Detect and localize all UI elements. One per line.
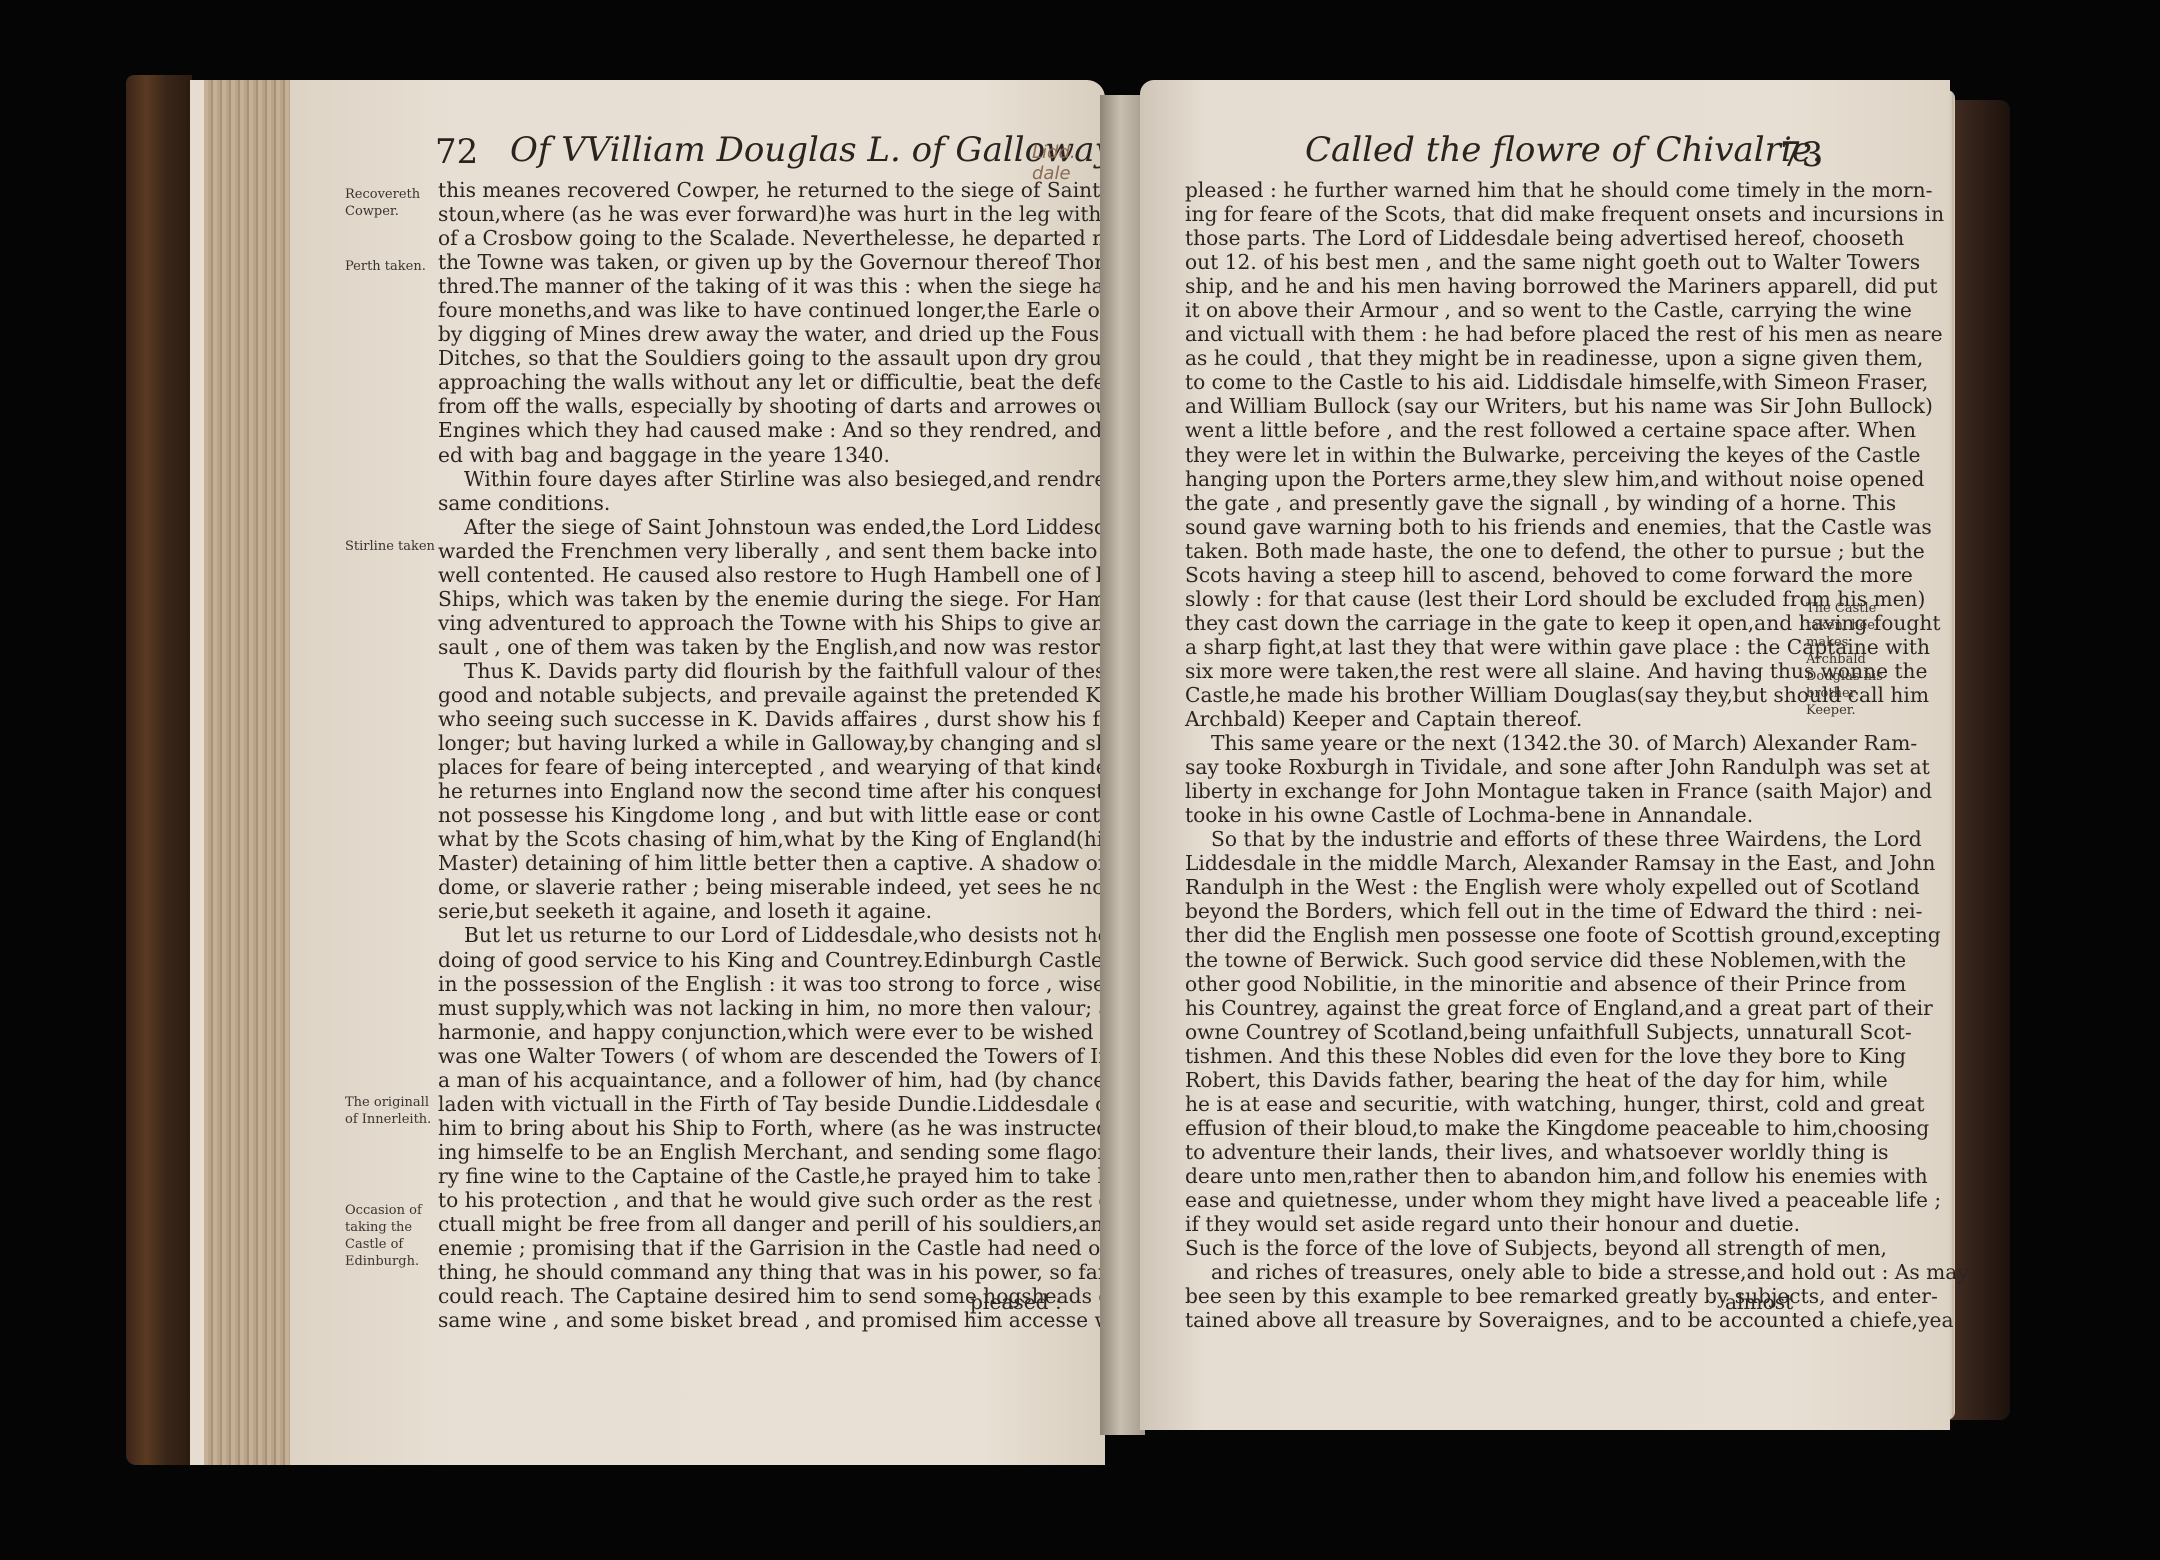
text-line: his Countrey, against the great force of… <box>1185 996 1800 1020</box>
text-line: ing for feare of the Scots, that did mak… <box>1185 202 1800 226</box>
text-line: beyond the Borders, which fell out in th… <box>1185 899 1800 923</box>
text-line: sound gave warning both to his friends a… <box>1185 515 1800 539</box>
left-catchword: pleased : <box>970 1290 1062 1314</box>
text-line: effusion of their bloud,to make the King… <box>1185 1116 1800 1140</box>
text-line: Master) detaining of him little better t… <box>438 851 1063 875</box>
text-line: liberty in exchange for John Montague ta… <box>1185 779 1800 803</box>
text-line: the towne of Berwick. Such good service … <box>1185 948 1800 972</box>
text-line: the Towne was taken, or given up by the … <box>438 250 1063 274</box>
text-line: good and notable subjects, and prevaile … <box>438 683 1063 707</box>
text-line: Liddesdale in the middle March, Alexande… <box>1185 851 1800 875</box>
text-line: owne Countrey of Scotland,being unfaithf… <box>1185 1020 1800 1044</box>
text-line: of a Crosbow going to the Scalade. Never… <box>438 226 1063 250</box>
right-running-head: Called the flowre of Chivalrie. <box>1305 130 1823 170</box>
text-line: they were let in within the Bulwarke, pe… <box>1185 443 1800 467</box>
margin-note: Recovereth Cowper. <box>345 186 425 220</box>
margin-note: The Castle taken, hee makes Archbald Dou… <box>1806 600 1896 719</box>
text-line: ed with bag and baggage in the yeare 134… <box>438 443 1063 467</box>
text-line: Archbald) Keeper and Captain thereof. <box>1185 707 1800 731</box>
text-line: ing himselfe to be an English Merchant, … <box>438 1140 1063 1164</box>
text-line: approaching the walls without any let or… <box>438 370 1063 394</box>
left-page: 72 Of VVilliam Douglas L. of Galloway, L… <box>290 80 1105 1465</box>
text-line: other good Nobilitie, in the minoritie a… <box>1185 972 1800 996</box>
text-line: Such is the force of the love of Subject… <box>1185 1236 1800 1260</box>
text-line: tishmen. And this these Nobles did even … <box>1185 1044 1800 1068</box>
text-line: tained above all treasure by Soveraignes… <box>1185 1308 1800 1332</box>
text-line: to come to the Castle to his aid. Liddis… <box>1185 370 1800 394</box>
text-line: and victuall with them : he had before p… <box>1185 322 1800 346</box>
text-line: taken. Both made haste, the one to defen… <box>1185 539 1800 563</box>
text-line: Ditches, so that the Souldiers going to … <box>438 346 1063 370</box>
right-catchword: almost <box>1725 1290 1793 1314</box>
text-line: and riches of treasures, onely able to b… <box>1185 1260 1800 1284</box>
text-line: went a little before , and the rest foll… <box>1185 418 1800 442</box>
text-line: ctuall might be free from all danger and… <box>438 1212 1063 1236</box>
text-line: this meanes recovered Cowper, he returne… <box>438 178 1063 202</box>
text-line: Scots having a steep hill to ascend, beh… <box>1185 563 1800 587</box>
text-line: ry fine wine to the Captaine of the Cast… <box>438 1164 1063 1188</box>
text-line: bee seen by this example to bee remarked… <box>1185 1284 1800 1308</box>
text-line: stoun,where (as he was ever forward)he w… <box>438 202 1063 226</box>
text-line: from off the walls, especially by shooti… <box>438 394 1063 418</box>
text-line: him to bring about his Ship to Forth, wh… <box>438 1116 1063 1140</box>
text-line: a man of his acquaintance, and a followe… <box>438 1068 1063 1092</box>
text-line: ship, and he and his men having borrowed… <box>1185 274 1800 298</box>
text-line: Randulph in the West : the English were … <box>1185 875 1800 899</box>
right-page: Called the flowre of Chivalrie. 73 pleas… <box>1140 80 1950 1430</box>
text-line: deare unto men,rather then to abandon hi… <box>1185 1164 1800 1188</box>
text-line: sault , one of them was taken by the Eng… <box>438 635 1063 659</box>
margin-note: Occasion of taking the Castle of Edinbur… <box>345 1202 425 1270</box>
text-line: hanging upon the Porters arme,they slew … <box>1185 467 1800 491</box>
text-line: enemie ; promising that if the Garrision… <box>438 1236 1063 1260</box>
page-block-edges-left <box>190 80 300 1465</box>
text-line: he is at ease and securitie, with watchi… <box>1185 1092 1800 1116</box>
margin-note: Perth taken. <box>345 258 426 275</box>
text-line: not possesse his Kingdome long , and but… <box>438 803 1063 827</box>
text-line: But let us returne to our Lord of Liddes… <box>438 923 1063 947</box>
text-line: harmonie, and happy conjunction,which we… <box>438 1020 1063 1044</box>
text-line: ving adventured to approach the Towne wi… <box>438 611 1063 635</box>
text-line: foure moneths,and was like to have conti… <box>438 298 1063 322</box>
right-page-number: 73 <box>1780 135 1823 175</box>
text-line: So that by the industrie and efforts of … <box>1185 827 1800 851</box>
text-line: ease and quietnesse, under whom they mig… <box>1185 1188 1800 1212</box>
text-line: to adventure their lands, their lives, a… <box>1185 1140 1800 1164</box>
text-line: slowly : for that cause (lest their Lord… <box>1185 587 1800 611</box>
right-body-text: pleased : he further warned him that he … <box>1185 178 1800 1332</box>
text-line: out 12. of his best men , and the same n… <box>1185 250 1800 274</box>
text-line: laden with victuall in the Firth of Tay … <box>438 1092 1063 1116</box>
text-line: must supply,which was not lacking in him… <box>438 996 1063 1020</box>
text-line: thing, he should command any thing that … <box>438 1260 1063 1284</box>
text-line: was one Walter Towers ( of whom are desc… <box>438 1044 1063 1068</box>
text-line: Engines which they had caused make : And… <box>438 418 1063 442</box>
text-line: longer; but having lurked a while in Gal… <box>438 731 1063 755</box>
text-line: they cast down the carriage in the gate … <box>1185 611 1800 635</box>
text-line: a sharp fight,at last they that were wit… <box>1185 635 1800 659</box>
text-line: in the possession of the English : it wa… <box>438 972 1063 996</box>
left-page-number: 72 <box>435 132 478 172</box>
gutter <box>1100 95 1145 1435</box>
text-line: pleased : he further warned him that he … <box>1185 178 1800 202</box>
text-line: he returnes into England now the second … <box>438 779 1063 803</box>
text-line: who seeing such successe in K. Davids af… <box>438 707 1063 731</box>
text-line: say tooke Roxburgh in Tividale, and sone… <box>1185 755 1800 779</box>
text-line: the gate , and presently gave the signal… <box>1185 491 1800 515</box>
margin-note: The originall of Innerleith. <box>345 1094 435 1128</box>
text-line: Within foure dayes after Stirline was al… <box>438 467 1063 491</box>
text-line: Thus K. Davids party did flourish by the… <box>438 659 1063 683</box>
book-cover-left <box>126 75 192 1465</box>
text-line: doing of good service to his King and Co… <box>438 948 1063 972</box>
text-line: and William Bullock (say our Writers, bu… <box>1185 394 1800 418</box>
text-line: Ships, which was taken by the enemie dur… <box>438 587 1063 611</box>
text-line: those parts. The Lord of Liddesdale bein… <box>1185 226 1800 250</box>
text-line: to his protection , and that he would gi… <box>438 1188 1063 1212</box>
text-line: well contented. He caused also restore t… <box>438 563 1063 587</box>
text-line: it on above their Armour , and so went t… <box>1185 298 1800 322</box>
margin-note: Stirline taken <box>345 538 435 555</box>
text-line: by digging of Mines drew away the water,… <box>438 322 1063 346</box>
text-line: places for feare of being intercepted , … <box>438 755 1063 779</box>
text-line: six more were taken,the rest were all sl… <box>1185 659 1800 683</box>
page-rim <box>190 80 204 1465</box>
text-line: This same yeare or the next (1342.the 30… <box>1185 731 1800 755</box>
text-line: if they would set aside regard unto thei… <box>1185 1212 1800 1236</box>
text-line: After the siege of Saint Johnstoun was e… <box>438 515 1063 539</box>
text-line: serie,but seeketh it againe, and loseth … <box>438 899 1063 923</box>
text-line: same conditions. <box>438 491 1063 515</box>
left-running-head: Of VVilliam Douglas L. of Galloway, <box>510 130 1120 170</box>
text-line: dome, or slaverie rather ; being miserab… <box>438 875 1063 899</box>
text-line: tooke in his owne Castle of Lochma-bene … <box>1185 803 1800 827</box>
left-body-text: this meanes recovered Cowper, he returne… <box>438 178 1063 1332</box>
text-line: warded the Frenchmen very liberally , an… <box>438 539 1063 563</box>
text-line: Castle,he made his brother William Dougl… <box>1185 683 1800 707</box>
text-line: thred.The manner of the taking of it was… <box>438 274 1063 298</box>
text-line: as he could , that they might be in read… <box>1185 346 1800 370</box>
text-line: what by the Scots chasing of him,what by… <box>438 827 1063 851</box>
text-line: Robert, this Davids father, bearing the … <box>1185 1068 1800 1092</box>
text-line: ther did the English men possesse one fo… <box>1185 923 1800 947</box>
